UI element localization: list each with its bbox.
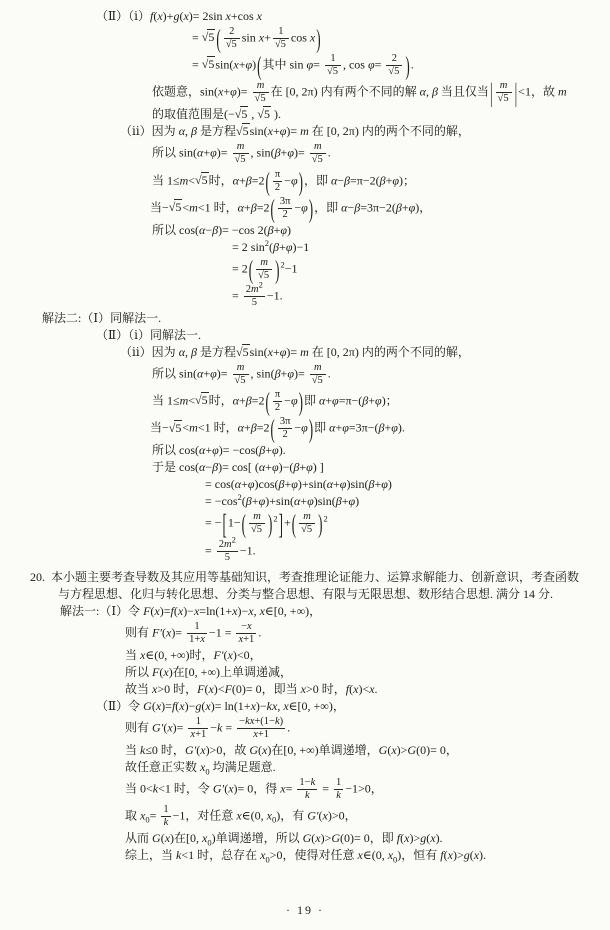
v-token: α xyxy=(238,421,244,435)
document-page: （Ⅱ）（ⅰ）f(x)+g(x)= 2sin x+cos x= √5(2√5sin… xyxy=(0,0,610,864)
text-line: 所以 cos(α+φ)= −cos(β+φ). xyxy=(0,442,610,459)
v-token: m xyxy=(189,421,198,435)
sqrt-token: √5 xyxy=(235,106,249,123)
v-token: m xyxy=(314,141,322,152)
stretched-delimiter: ( xyxy=(270,412,274,446)
sqrt-token: √5 xyxy=(301,524,313,536)
rsign-token: √ xyxy=(236,345,242,359)
text-line: 与方程思想、化归与转化思想、分类与整合思想、有限与无限思想、数形结合思想. 满分… xyxy=(0,586,610,603)
frac-token: 3π2 xyxy=(278,196,293,221)
frac-token: −xx+1 xyxy=(236,621,256,646)
v-token: m xyxy=(300,345,309,359)
rad-token: 5 xyxy=(263,269,270,281)
v-token: β xyxy=(368,477,374,491)
v-token: φ xyxy=(340,477,347,491)
v-token: x xyxy=(226,9,231,23)
text-line: 于是 cos(α−β)= cos[ (α+φ)−(β+φ) ] xyxy=(0,459,610,476)
v-token: x xyxy=(259,30,264,44)
v-token: φ xyxy=(280,345,287,359)
text-line: 取 x0= 1k−1，对任意 x∈(0, x0)，有 G′(x)>0， xyxy=(0,803,610,830)
v-token: x xyxy=(283,699,288,713)
v-token: x xyxy=(166,625,171,639)
v-token: x xyxy=(205,699,210,713)
v-token: x xyxy=(165,831,170,845)
v-token: α xyxy=(327,477,333,491)
math-token: 0 xyxy=(265,855,269,865)
v-token: β xyxy=(246,494,252,508)
sqrt-token: √5 xyxy=(226,39,238,51)
v-token: x xyxy=(238,634,243,645)
v-token: x xyxy=(208,682,213,696)
frac-token: π2 xyxy=(273,389,282,414)
v-token: m xyxy=(314,362,322,373)
text-line: 故任意正实数 x0 均满足题意. xyxy=(0,759,610,776)
v-token: φ xyxy=(280,223,287,237)
text-line: = √5sin(x+φ)(其中 sin φ= 1√5, cos φ= 2√5). xyxy=(0,52,610,79)
v-token: m xyxy=(260,257,268,268)
v-token: α xyxy=(197,146,203,160)
text-line: = √5(2√5sin x+1√5cos x) xyxy=(0,25,610,52)
text-line: （Ⅱ）（ⅰ）同解法一. xyxy=(0,327,610,344)
math-token: 2 xyxy=(238,492,242,502)
frac-token: π2 xyxy=(273,169,282,194)
v-token: x xyxy=(236,808,241,822)
frac-token: m√5 xyxy=(249,511,265,536)
v-token: G xyxy=(331,831,340,845)
v-token: β xyxy=(212,223,218,237)
stretched-delimiter: ( xyxy=(242,507,246,541)
text-line: 依题意，sin(x+φ)= m√5在 [0, 2π) 内有两个不同的解 α, β… xyxy=(0,79,610,106)
v-token: k xyxy=(176,848,181,862)
stretched-delimiter: ( xyxy=(292,507,296,541)
num-token: π xyxy=(273,389,282,402)
rad-token: 5 xyxy=(306,523,313,535)
v-token: G xyxy=(143,699,152,713)
text-line: 当 1≤m<√5时，α+β=2(π2−φ)，即 α−β=π−2(β+φ)； xyxy=(0,168,610,195)
v-token: x xyxy=(257,9,262,23)
v-token: k xyxy=(311,777,316,788)
v-token: G xyxy=(407,743,416,757)
stretched-delimiter: ( xyxy=(266,164,270,198)
stretched-delimiter: ) xyxy=(299,164,303,198)
frac-token: 2m25 xyxy=(244,284,265,309)
v-token: f xyxy=(440,848,443,862)
v-token: α xyxy=(341,200,347,214)
v-token: k xyxy=(336,790,341,801)
rsign-token: √ xyxy=(236,124,242,138)
v-token: φ xyxy=(287,366,294,380)
math-token: 2 xyxy=(273,514,277,524)
num-token: 2m2 xyxy=(217,539,238,552)
v-token: φ xyxy=(301,200,308,214)
rad-token: 5 xyxy=(174,199,182,214)
frac-token: m√5 xyxy=(233,141,249,166)
num-token: 1 xyxy=(187,621,207,634)
v-token: k xyxy=(275,716,280,727)
text-line: = cos(α+φ)cos(β+φ)+sin(α+φ)sin(β+φ) xyxy=(0,476,610,493)
v-token: β xyxy=(336,494,342,508)
text-line: 20. 本小题主要考查导数及其应用等基础知识，考查推理论证能力、运算求解能力、创… xyxy=(0,569,610,586)
rsign-token: √ xyxy=(312,375,317,386)
v-token: β xyxy=(191,345,197,359)
v-token: x xyxy=(183,9,188,23)
math-token: 2 xyxy=(323,514,327,524)
v-token: β xyxy=(279,477,285,491)
stretched-delimiter: ) xyxy=(275,252,279,286)
text-line: = 2m25−1. xyxy=(0,538,610,565)
num-token: −kx+(1−k) xyxy=(237,716,285,729)
text-line: （Ⅱ）（ⅰ）f(x)+g(x)= 2sin x+cos x xyxy=(0,8,610,25)
v-token: f xyxy=(150,9,153,23)
v-token: φ xyxy=(307,57,314,71)
v-token: x xyxy=(262,743,267,757)
v-token: x xyxy=(157,9,162,23)
den-token: √5 xyxy=(249,524,265,536)
rad-token: 5 xyxy=(393,65,400,77)
stretched-delimiter: ( xyxy=(266,385,270,419)
text-line: 综上，当 k<1 时，总存在 x0>0，使得对任意 x∈(0, x0)，恒有 f… xyxy=(0,847,610,864)
v-token: φ xyxy=(280,124,287,138)
text-line: （ⅱ）因为 α, β 是方程√5sin(x+φ)= m 在 [0, 2π) 内的… xyxy=(0,123,610,140)
v-token: m xyxy=(237,362,245,373)
v-token: G xyxy=(379,743,388,757)
v-token: x xyxy=(369,682,374,696)
sqrt-token: √5 xyxy=(257,106,271,123)
v-token: G xyxy=(303,831,312,845)
v-token: F xyxy=(197,682,204,696)
v-token: x xyxy=(268,124,273,138)
v-token: α xyxy=(420,85,426,99)
rsign-token: √ xyxy=(275,39,280,50)
v-token: α xyxy=(319,393,325,407)
v-token: φ xyxy=(272,460,279,474)
v-token: α xyxy=(238,200,244,214)
num-token: 1 xyxy=(334,777,343,790)
v-token: β xyxy=(191,124,197,138)
v-token: φ xyxy=(259,494,266,508)
v-token: f xyxy=(172,699,175,713)
frac-token: m√5 xyxy=(233,362,249,387)
v-token: x xyxy=(200,743,205,757)
v-token: φ xyxy=(210,146,217,160)
v-token: β xyxy=(275,366,281,380)
frac-token: 3π2 xyxy=(278,416,293,441)
v-token: α xyxy=(235,477,241,491)
den-token: √5 xyxy=(253,93,269,105)
v-token: kx xyxy=(245,716,254,727)
v-token: φ xyxy=(291,477,298,491)
v-token: G′ xyxy=(307,808,318,822)
stretched-delimiter: ) xyxy=(268,507,272,541)
rad-token: 5 xyxy=(174,420,182,435)
stretched-delimiter: ) xyxy=(318,507,322,541)
rad-token: 5 xyxy=(201,392,209,407)
v-token: φ xyxy=(291,393,298,407)
text-line: 从而 G(x)在[0, x0)单调递增，所以 G(x)>G(0)= 0，即 f(… xyxy=(0,830,610,847)
v-token: m xyxy=(180,393,189,407)
v-token: x xyxy=(268,345,273,359)
v-token: G′ xyxy=(213,781,224,795)
v-token: α xyxy=(259,460,265,474)
v-token: x xyxy=(167,720,172,734)
math-token: 2 xyxy=(265,238,269,248)
den-token: √5 xyxy=(299,524,315,536)
v-token: f xyxy=(346,682,349,696)
v-token: β xyxy=(251,200,257,214)
num-token: 2m2 xyxy=(244,284,265,297)
v-token: G′ xyxy=(185,743,196,757)
sqrt-token: √5 xyxy=(255,93,267,105)
text-line: 当−√5<m<1 时，α+β=2(3π2−φ)即 α+φ=3π−(β+φ). xyxy=(0,415,610,442)
den-token: √5 xyxy=(310,154,326,166)
v-token: f xyxy=(171,604,174,618)
stretched-delimiter: ) xyxy=(316,22,320,56)
v-token: α xyxy=(329,421,335,435)
den-token: √5 xyxy=(386,66,402,78)
num-token: m xyxy=(256,257,272,270)
frac-token: 1k xyxy=(334,777,343,802)
frac-token: 1−kk xyxy=(297,777,317,802)
v-token: x xyxy=(228,781,233,795)
rsign-token: √ xyxy=(327,66,332,77)
v-token: F xyxy=(152,665,159,679)
v-token: x xyxy=(301,682,306,696)
v-token: β xyxy=(251,421,257,435)
v-token: x xyxy=(391,743,396,757)
v-token: φ xyxy=(307,494,314,508)
v-token: β xyxy=(293,460,299,474)
rad-token: 5 xyxy=(240,106,248,121)
num-token: π xyxy=(273,169,282,182)
v-token: F′ xyxy=(214,648,224,662)
sqrt-token: √5 xyxy=(251,524,263,536)
v-token: φ xyxy=(349,494,356,508)
text-line: 的取值范围是(−√5 , √5 ). xyxy=(0,106,610,123)
v-token: φ xyxy=(409,200,416,214)
rad-token: 5 xyxy=(207,29,215,44)
v-token: φ xyxy=(248,477,255,491)
sqrt-token: √5 xyxy=(202,56,216,73)
sqrt-token: √5 xyxy=(195,172,209,189)
den-token: 1+x xyxy=(187,634,207,646)
v-token: F xyxy=(225,682,232,696)
v-token: x xyxy=(448,848,453,862)
stretched-delimiter: ( xyxy=(270,191,274,225)
rsign-token: √ xyxy=(195,173,201,187)
rad-token: 5 xyxy=(317,374,324,386)
v-token: m xyxy=(300,124,309,138)
v-token: g xyxy=(195,699,201,713)
den-token: x+1 xyxy=(236,634,256,646)
v-token: φ xyxy=(332,393,339,407)
sqrt-token: √5 xyxy=(498,93,510,105)
sqrt-token: √5 xyxy=(195,392,209,409)
v-token: m xyxy=(189,200,198,214)
v-token: m xyxy=(303,511,311,522)
v-token: α xyxy=(199,223,205,237)
rad-token: 5 xyxy=(332,65,339,77)
v-token: g xyxy=(173,9,179,23)
den-token: k xyxy=(161,817,170,829)
math-token: 0 xyxy=(272,815,276,825)
v-token: β xyxy=(378,421,384,435)
v-token: φ xyxy=(375,393,382,407)
v-token: α xyxy=(197,366,203,380)
stretched-delimiter: ) xyxy=(405,49,409,83)
v-token: β xyxy=(380,173,386,187)
v-token: x xyxy=(404,831,409,845)
den-token: √5 xyxy=(233,154,249,166)
v-token: φ xyxy=(392,173,399,187)
den-token: √5 xyxy=(310,375,326,387)
text-line: 所以 F(x)在[0, +∞)上单调递减， xyxy=(0,664,610,681)
stretched-delimiter: ( xyxy=(249,252,253,286)
v-token: G xyxy=(249,743,258,757)
v-token: x xyxy=(251,699,256,713)
math-token: 0 xyxy=(205,766,209,776)
text-line: 当 x∈(0, +∞)时，F′(x)<0， xyxy=(0,647,610,664)
num-token: −x xyxy=(236,621,256,634)
text-line: 当 0<k<1 时，令 G′(x)= 0，得 x= 1−kk = 1k−1>0， xyxy=(0,776,610,803)
v-token: x xyxy=(163,665,168,679)
frac-token: 1k xyxy=(161,804,170,829)
v-token: f xyxy=(397,831,400,845)
v-token: x xyxy=(179,699,184,713)
text-line: 当 k≤0 时，G′(x)>0，故 G(x)在[0, +∞)单调递增，G(x)>… xyxy=(0,742,610,759)
v-token: φ xyxy=(287,146,294,160)
v-token: m xyxy=(180,173,189,187)
sqrt-token: √5 xyxy=(235,375,247,387)
frac-token: 1√5 xyxy=(273,26,289,51)
den-token: 2 xyxy=(278,429,293,441)
text-line: = 2m25−1. xyxy=(0,283,610,310)
text-line: （Ⅱ）令 G(x)=f(x)−g(x)= ln(1+x)−kx, x∈[0, +… xyxy=(0,698,610,715)
stretched-delimiter: ) xyxy=(309,412,313,446)
v-token: x xyxy=(152,682,157,696)
v-token: x xyxy=(253,729,258,740)
text-line: 故当 x>0 时，F(x)<F(0)= 0，即当 x>0 时，f(x)<x. xyxy=(0,681,610,698)
text-line: 当 1≤m<√5时，α+β=2(π2−φ)即 α+φ=π−(β+φ)； xyxy=(0,388,610,415)
text-line: 则有 G′(x)= 1x+1−k = −kx+(1−k)x+1. xyxy=(0,715,610,742)
v-token: α xyxy=(199,443,205,457)
v-token: x xyxy=(310,30,315,44)
v-token: F′ xyxy=(152,625,162,639)
v-token: φ xyxy=(368,57,375,71)
v-token: x xyxy=(178,604,183,618)
v-token: x xyxy=(232,604,237,618)
v-token: φ xyxy=(306,460,313,474)
v-token: x xyxy=(140,648,145,662)
v-token: β xyxy=(354,200,360,214)
v-token: x xyxy=(357,848,362,862)
rad-token: 5 xyxy=(256,523,263,535)
rad-token: 5 xyxy=(239,374,246,386)
v-token: φ xyxy=(291,173,298,187)
v-token: α xyxy=(233,393,239,407)
den-token: 5 xyxy=(244,297,265,309)
rad-token: 5 xyxy=(242,123,250,138)
num-token: 1 xyxy=(161,804,170,817)
text-line: = 2(m√5)2−1 xyxy=(0,256,610,283)
v-token: β xyxy=(432,85,438,99)
v-token: x xyxy=(280,781,285,795)
sqrt-token: √5 xyxy=(388,66,400,78)
frac-token: m√5 xyxy=(256,257,272,282)
math-token: 0 xyxy=(145,815,149,825)
v-token: x xyxy=(323,808,328,822)
v-token: g xyxy=(420,831,426,845)
den-token: 2 xyxy=(278,209,293,221)
stretched-delimiter: ) xyxy=(309,191,313,225)
v-token: β xyxy=(344,173,350,187)
page-content: （Ⅱ）（ⅰ）f(x)+g(x)= 2sin x+cos x= √5(2√5sin… xyxy=(0,8,610,864)
stretched-delimiter: | xyxy=(515,76,518,110)
v-token: φ xyxy=(212,443,219,457)
v-token: x xyxy=(474,848,479,862)
v-token: x xyxy=(156,699,161,713)
v-token: m xyxy=(253,511,261,522)
rad-token: 5 xyxy=(502,92,509,104)
sqrt-token: √5 xyxy=(327,66,339,78)
v-token: β xyxy=(246,173,252,187)
v-token: G xyxy=(152,831,161,845)
v-token: x xyxy=(233,57,238,71)
stretched-delimiter: | xyxy=(490,76,493,110)
rad-token: 5 xyxy=(263,106,271,121)
v-token: G′ xyxy=(152,720,163,734)
text-line: = −[1−(m√5)2]+(m√5)2 xyxy=(0,510,610,537)
v-token: k xyxy=(164,817,169,828)
v-token: α xyxy=(179,345,185,359)
v-token: x xyxy=(154,604,159,618)
v-token: x xyxy=(248,604,253,618)
text-line: 所以 cos(α−β)= −cos 2(β+φ) xyxy=(0,222,610,239)
v-token: φ xyxy=(246,57,253,71)
math-token: 2 xyxy=(259,279,263,289)
sqrt-token: √5 xyxy=(275,39,287,51)
den-token: √5 xyxy=(496,93,512,105)
v-token: α xyxy=(199,460,205,474)
v-token: k xyxy=(153,781,158,795)
stretched-delimiter: [ xyxy=(223,505,227,542)
text-line: （ⅱ）因为 α, β 是方程√5sin(x+φ)= m 在 [0, 2π) 内的… xyxy=(0,344,610,361)
den-token: k xyxy=(334,790,343,802)
rad-token: 5 xyxy=(239,153,246,165)
v-token: φ xyxy=(286,240,293,254)
v-token: β xyxy=(275,146,281,160)
v-token: x xyxy=(228,648,233,662)
v-token: β xyxy=(259,443,265,457)
v-token: φ xyxy=(230,85,237,99)
v-token: φ xyxy=(381,477,388,491)
den-token: k xyxy=(297,790,317,802)
frac-token: m√5 xyxy=(310,362,326,387)
text-line: = 2 sin2(β+φ)−1 xyxy=(0,239,610,256)
frac-token: m√5 xyxy=(310,141,326,166)
stretched-delimiter: ( xyxy=(257,49,261,83)
v-token: β xyxy=(212,460,218,474)
rad-token: 5 xyxy=(259,92,266,104)
den-token: √5 xyxy=(273,39,289,51)
v-token: F xyxy=(143,604,150,618)
v-token: k xyxy=(305,790,310,801)
stretched-delimiter: ) xyxy=(299,385,303,419)
frac-token: 2√5 xyxy=(386,53,402,78)
frac-token: 1x+1 xyxy=(188,716,208,741)
math-token: 0 xyxy=(393,855,397,865)
text-line: 解法二:（Ⅰ）同解法一. xyxy=(0,310,610,327)
v-token: k xyxy=(217,720,222,734)
